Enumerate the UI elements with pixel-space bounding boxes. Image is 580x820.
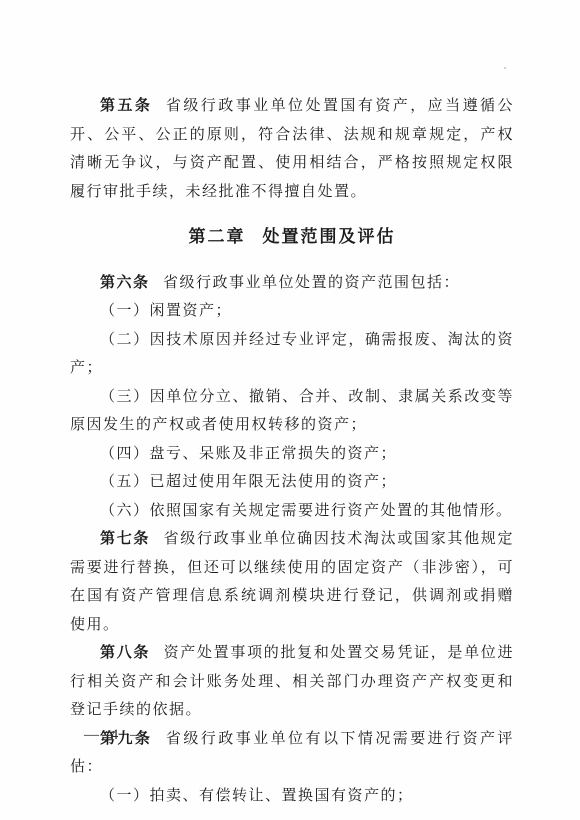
scan-speck xyxy=(75,764,78,766)
chapter-2-title: 处置范围及评估 xyxy=(263,227,396,246)
chapter-2-heading: 第二章处置范围及评估 xyxy=(70,223,514,252)
article-6-paragraph: 第六条省级行政事业单位处置的资产范围包括： xyxy=(70,269,514,298)
article-6-item-4: （四）盘亏、呆账及非正常损失的资产； xyxy=(70,440,514,469)
article-6-text: 省级行政事业单位处置的资产范围包括： xyxy=(163,275,460,291)
article-6-item-1: （一）闲置资产； xyxy=(70,297,514,326)
article-8-number: 第八条 xyxy=(100,644,150,661)
article-5-paragraph: 第五条省级行政事业单位处置国有资产，应当遵循公开、公平、公正的原则，符合法律、法… xyxy=(70,92,514,206)
article-6-item-5: （五）已超过使用年限无法使用的资产； xyxy=(70,468,514,497)
document-body: 第五条省级行政事业单位处置国有资产，应当遵循公开、公平、公正的原则，符合法律、法… xyxy=(70,92,514,810)
article-6-item-6: （六）依照国家有关规定需要进行资产处置的其他情形。 xyxy=(70,497,514,526)
article-6-number: 第六条 xyxy=(100,274,150,291)
article-7-number: 第七条 xyxy=(100,530,150,547)
article-5-number: 第五条 xyxy=(100,97,152,114)
article-8-paragraph: 第八条资产处置事项的批复和处置交易凭证，是单位进行相关资产和会计账务处理、相关部… xyxy=(70,639,514,725)
scan-speck xyxy=(504,67,506,69)
article-7-paragraph: 第七条省级行政事业单位确因技术淘汰或国家其他规定需要进行替换，但还可以继续使用的… xyxy=(70,525,514,639)
article-9-item-1: （一）拍卖、有偿转让、置换国有资产的； xyxy=(70,782,514,811)
chapter-2-number: 第二章 xyxy=(189,227,246,246)
article-6-item-2: （二）因技术原因并经过专业评定，确需报废、淘汰的资产； xyxy=(70,326,514,383)
article-6-item-3: （三）因单位分立、撤销、合并、改制、隶属关系改变等原因发生的产权或者使用权转移的… xyxy=(70,383,514,440)
document-page: 第五条省级行政事业单位处置国有资产，应当遵循公开、公平、公正的原则，符合法律、法… xyxy=(0,0,580,820)
page-number: — 4 — xyxy=(84,727,149,744)
